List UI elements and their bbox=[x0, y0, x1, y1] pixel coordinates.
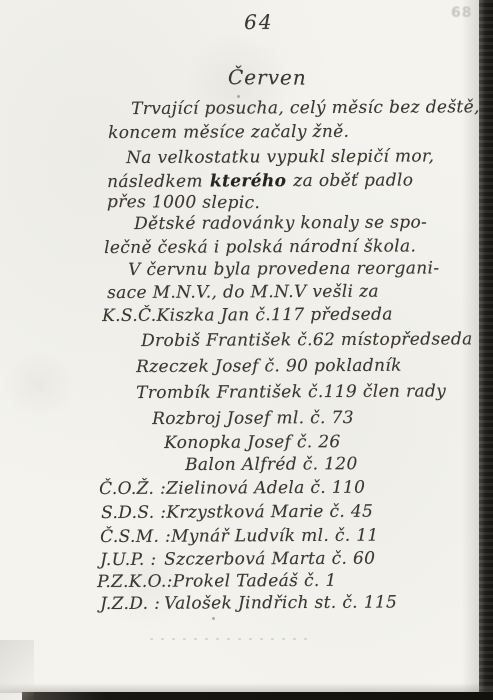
corner-shading bbox=[0, 640, 34, 700]
chronicle-line: koncem měsíce začaly žně. bbox=[108, 123, 349, 143]
member-name: Balon Alfréd č. 120 bbox=[185, 454, 358, 475]
org-abbreviation: K.S.Č. bbox=[102, 307, 157, 326]
member-name: Konopka Josef č. 26 bbox=[164, 432, 341, 453]
roster-row: Č.O.Ž. :Zielinová Adela č. 110 bbox=[99, 479, 365, 499]
paper-speck bbox=[212, 617, 215, 620]
member-name: Mynář Ludvík ml. č. 11 bbox=[171, 526, 379, 547]
member-name: Drobiš František č.62 místopředseda bbox=[141, 329, 473, 351]
chronicle-line: Trvající posucha, celý měsíc bez deště, bbox=[131, 98, 480, 119]
roster-row: Rzeczek Josef č. 90 pokladník bbox=[136, 357, 402, 377]
roster-row: S.D.S. :Krzystková Marie č. 45 bbox=[101, 503, 373, 523]
scan-border-bottom bbox=[22, 692, 493, 700]
chronicle-line: V červnu byla provedena reorgani- bbox=[128, 259, 439, 279]
chronicle-text: následkem bbox=[107, 171, 203, 192]
roster-row: J.Z.D. :Valošek Jindřich st. č. 115 bbox=[100, 593, 397, 613]
member-name: Zielinová Adela č. 110 bbox=[166, 478, 365, 499]
chronicle-line: následkemkteréhoza oběť padlo bbox=[107, 171, 413, 191]
org-abbreviation: Č.O.Ž. : bbox=[99, 480, 166, 499]
roster-row: P.Z.K.O.:Prokel Tadeáš č. 1 bbox=[97, 572, 337, 592]
scanned-chronicle-page: 68 64 Červen Trvající posucha, celý měsí… bbox=[0, 0, 493, 700]
member-name: Rozbroj Josef ml. č. 73 bbox=[152, 408, 354, 429]
org-abbreviation: P.Z.K.O.: bbox=[97, 573, 173, 592]
chronicle-line: Na velkostatku vypukl slepičí mor, bbox=[126, 147, 434, 167]
member-name: Krzystková Marie č. 45 bbox=[166, 502, 373, 523]
emphasized-word: kterého bbox=[210, 171, 286, 191]
chronicle-line: sace M.N.V., do M.N.V vešli za bbox=[107, 283, 379, 303]
org-abbreviation: Č.S.M. : bbox=[100, 528, 171, 547]
roster-row: Balon Alfréd č. 120 bbox=[185, 455, 358, 475]
handwritten-page-number: 64 bbox=[244, 11, 274, 33]
chronicle-line: Dětské radovánky konaly se spo- bbox=[134, 213, 427, 233]
member-name: Trombík František č.119 člen rady bbox=[136, 381, 446, 403]
month-heading: Červen bbox=[228, 66, 307, 89]
chronicle-line: lečně česká i polská národní škola. bbox=[104, 237, 416, 257]
roster-row: Trombík František č.119 člen rady bbox=[136, 382, 446, 402]
member-name: Rzeczek Josef č. 90 pokladník bbox=[136, 356, 402, 377]
roster-row: Drobiš František č.62 místopředseda bbox=[141, 330, 473, 350]
chronicle-text: za oběť padlo bbox=[293, 170, 413, 191]
roster-row: Rozbroj Josef ml. č. 73 bbox=[152, 409, 354, 429]
member-name: Szczerbová Marta č. 60 bbox=[164, 549, 375, 570]
binding-edge bbox=[479, 0, 493, 700]
printed-page-number: 68 bbox=[451, 5, 472, 21]
member-name: Valošek Jindřich st. č. 115 bbox=[164, 592, 397, 613]
roster-row: K.S.Č.Kiszka Jan č.117 předseda bbox=[102, 305, 393, 325]
chronicle-line: přes 1000 slepic. bbox=[107, 193, 260, 213]
roster-row: Konopka Josef č. 26 bbox=[164, 433, 341, 453]
roster-row: J.U.P. :Szczerbová Marta č. 60 bbox=[100, 550, 375, 570]
org-abbreviation: J.Z.D. : bbox=[100, 595, 164, 614]
roster-row: Č.S.M. :Mynář Ludvík ml. č. 11 bbox=[100, 527, 379, 547]
pencil-smudge bbox=[150, 638, 315, 640]
member-name: Kiszka Jan č.117 předseda bbox=[156, 304, 392, 325]
org-abbreviation: S.D.S. : bbox=[101, 504, 166, 523]
org-abbreviation: J.U.P. : bbox=[100, 551, 164, 570]
member-name: Prokel Tadeáš č. 1 bbox=[173, 571, 337, 592]
